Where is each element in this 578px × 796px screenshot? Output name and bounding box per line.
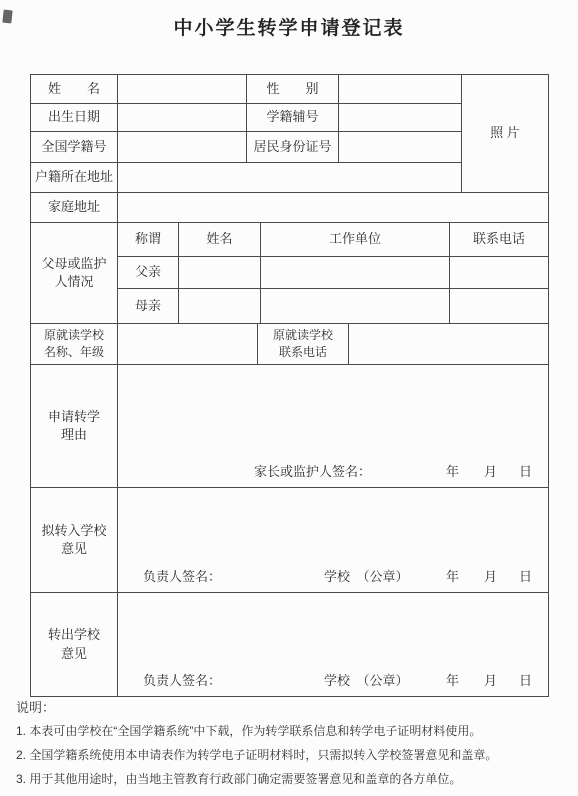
guardians-col-work-unit: 工作单位 xyxy=(261,223,450,257)
resident-id-label: 居民身份证号 xyxy=(247,132,339,163)
month-label: 月 xyxy=(484,672,497,690)
national-student-no-value-cell xyxy=(118,132,247,163)
month-label: 月 xyxy=(484,463,497,481)
guardians-col-name: 姓名 xyxy=(179,223,261,257)
notes-heading: 说明： xyxy=(16,697,568,716)
target-school-opinion-content-cell: 负责人签名： 学校 （公章） 年 月 日 xyxy=(118,488,548,593)
name-value-cell xyxy=(118,75,247,104)
mother-work-unit-cell xyxy=(261,289,450,324)
prev-school-phone-label: 原就读学校 联系电话 xyxy=(258,324,349,365)
father-row-label: 父亲 xyxy=(118,257,179,289)
source-school-opinion-content-cell: 负责人签名： 学校 （公章） 年 月 日 xyxy=(118,593,548,696)
day-label: 日 xyxy=(519,463,532,481)
student-aux-no-label: 学籍辅号 xyxy=(247,104,339,132)
guardians-col-title: 称谓 xyxy=(118,223,179,257)
guardians-section-label: 父母或监护 人情况 xyxy=(31,223,118,324)
home-address-label: 家庭地址 xyxy=(31,193,118,223)
prev-school-name-grade-value-cell xyxy=(118,324,258,365)
transfer-form-table: 姓 名 性 别 照 片 出生日期 学籍辅号 全国学籍号 居民身份证号 户籍所在地… xyxy=(30,74,549,697)
household-address-value-cell xyxy=(118,163,462,193)
home-address-value-cell xyxy=(118,193,548,223)
mother-phone-cell xyxy=(450,289,548,324)
source-school-signature-label: 负责人签名： xyxy=(143,672,221,690)
gender-label: 性 别 xyxy=(247,75,339,104)
photo-cell: 照 片 xyxy=(462,75,548,193)
note-item-1: 1. 本表可由学校在“全国学籍系统”中下载，作为转学联系信息和转学电子证明材料使… xyxy=(16,724,568,739)
resident-id-value-cell xyxy=(339,132,462,163)
birth-date-value-cell xyxy=(118,104,247,132)
source-school-seal-label: 学校 （公章） xyxy=(324,672,409,690)
guardians-col-phone: 联系电话 xyxy=(450,223,548,257)
transfer-reason-label: 申请转学 理由 xyxy=(31,365,118,488)
notes-section: 说明： 1. 本表可由学校在“全国学籍系统”中下载，作为转学联系信息和转学电子证… xyxy=(16,697,568,796)
father-name-cell xyxy=(179,257,261,289)
day-label: 日 xyxy=(519,568,532,586)
father-phone-cell xyxy=(450,257,548,289)
source-school-opinion-label: 转出学校 意见 xyxy=(31,593,118,696)
day-label: 日 xyxy=(519,672,532,690)
year-label: 年 xyxy=(446,463,459,481)
page-title: 中小学生转学申请登记表 xyxy=(0,13,578,40)
year-label: 年 xyxy=(446,672,459,690)
birth-date-label: 出生日期 xyxy=(31,104,118,132)
gender-value-cell xyxy=(339,75,462,104)
transfer-reason-content-cell: 家长或监护人签名： 年 月 日 xyxy=(118,365,548,488)
note-item-2: 2. 全国学籍系统使用本申请表作为转学电子证明材料时，只需拟转入学校签署意见和盖… xyxy=(16,748,568,763)
note-item-3: 3. 用于其他用途时，由当地主管教育行政部门确定需要签署意见和盖章的各方单位。 xyxy=(16,772,568,787)
student-aux-no-value-cell xyxy=(339,104,462,132)
mother-name-cell xyxy=(179,289,261,324)
father-work-unit-cell xyxy=(261,257,450,289)
name-label: 姓 名 xyxy=(31,75,118,104)
prev-school-phone-value-cell xyxy=(349,324,548,365)
prev-school-name-grade-label: 原就读学校 名称、年级 xyxy=(31,324,118,365)
target-school-seal-label: 学校 （公章） xyxy=(324,568,409,586)
target-school-opinion-label: 拟转入学校 意见 xyxy=(31,488,118,593)
guardian-signature-label: 家长或监护人签名： xyxy=(254,463,371,481)
year-label: 年 xyxy=(446,568,459,586)
household-address-label: 户籍所在地址 xyxy=(31,163,118,193)
mother-row-label: 母亲 xyxy=(118,289,179,324)
national-student-no-label: 全国学籍号 xyxy=(31,132,118,163)
target-school-signature-label: 负责人签名： xyxy=(143,568,221,586)
month-label: 月 xyxy=(484,568,497,586)
